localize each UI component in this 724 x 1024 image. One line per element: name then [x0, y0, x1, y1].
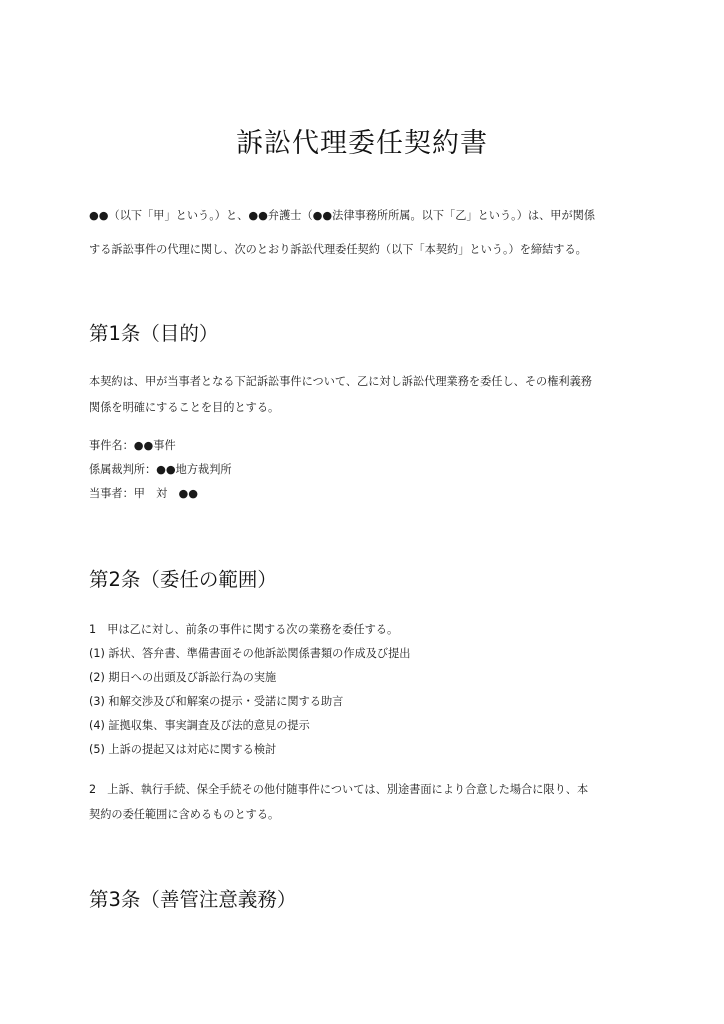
list-item: (5) 上訴の提起又は対応に関する検討 [89, 742, 276, 758]
document-page: 訴訟代理委任契約書 ●●（以下「甲」という。）と、●●弁護士（●●法律事務所所属… [0, 0, 724, 1024]
article-2-heading: 第2条（委任の範囲） [89, 567, 277, 593]
article-1-heading: 第1条（目的） [89, 321, 218, 347]
article-1-paragraph-line-2: 関係を明確にすることを目的とする。 [89, 400, 279, 416]
article-2-clause-1: 1 甲は乙に対し、前条の事件に関する次の業務を委任する。 [89, 622, 398, 638]
list-item: (2) 期日への出頭及び訴訟行為の実施 [89, 670, 276, 686]
case-parties: 当事者：甲 対 ●● [89, 486, 198, 502]
article-3-heading: 第3条（善管注意義務） [89, 887, 296, 913]
list-item: (3) 和解交渉及び和解案の提示・受諾に関する助言 [89, 694, 343, 710]
case-name: 事件名：●●事件 [89, 438, 176, 454]
article-2-clause-2-line-2: 契約の委任範囲に含めるものとする。 [89, 807, 279, 823]
article-1-paragraph-line-1: 本契約は、甲が当事者となる下記訴訟事件について、乙に対し訴訟代理業務を委任し、そ… [89, 374, 592, 390]
list-item: (4) 証拠収集、事実調査及び法的意見の提示 [89, 718, 310, 734]
article-2-clause-2-line-1: 2 上訴、執行手続、保全手続その他付随事件については、別途書面により合意した場合… [89, 782, 588, 798]
document-title: 訴訟代理委任契約書 [0, 126, 724, 162]
case-court: 係属裁判所：●●地方裁判所 [89, 462, 232, 478]
preamble-line-2: する訴訟事件の代理に関し、次のとおり訴訟代理委任契約（以下「本契約」という。）を… [89, 242, 587, 258]
list-item: (1) 訴状、答弁書、準備書面その他訴訟関係書類の作成及び提出 [89, 646, 410, 662]
preamble-line-1: ●●（以下「甲」という。）と、●●弁護士（●●法律事務所所属。以下「乙」という。… [89, 208, 595, 224]
